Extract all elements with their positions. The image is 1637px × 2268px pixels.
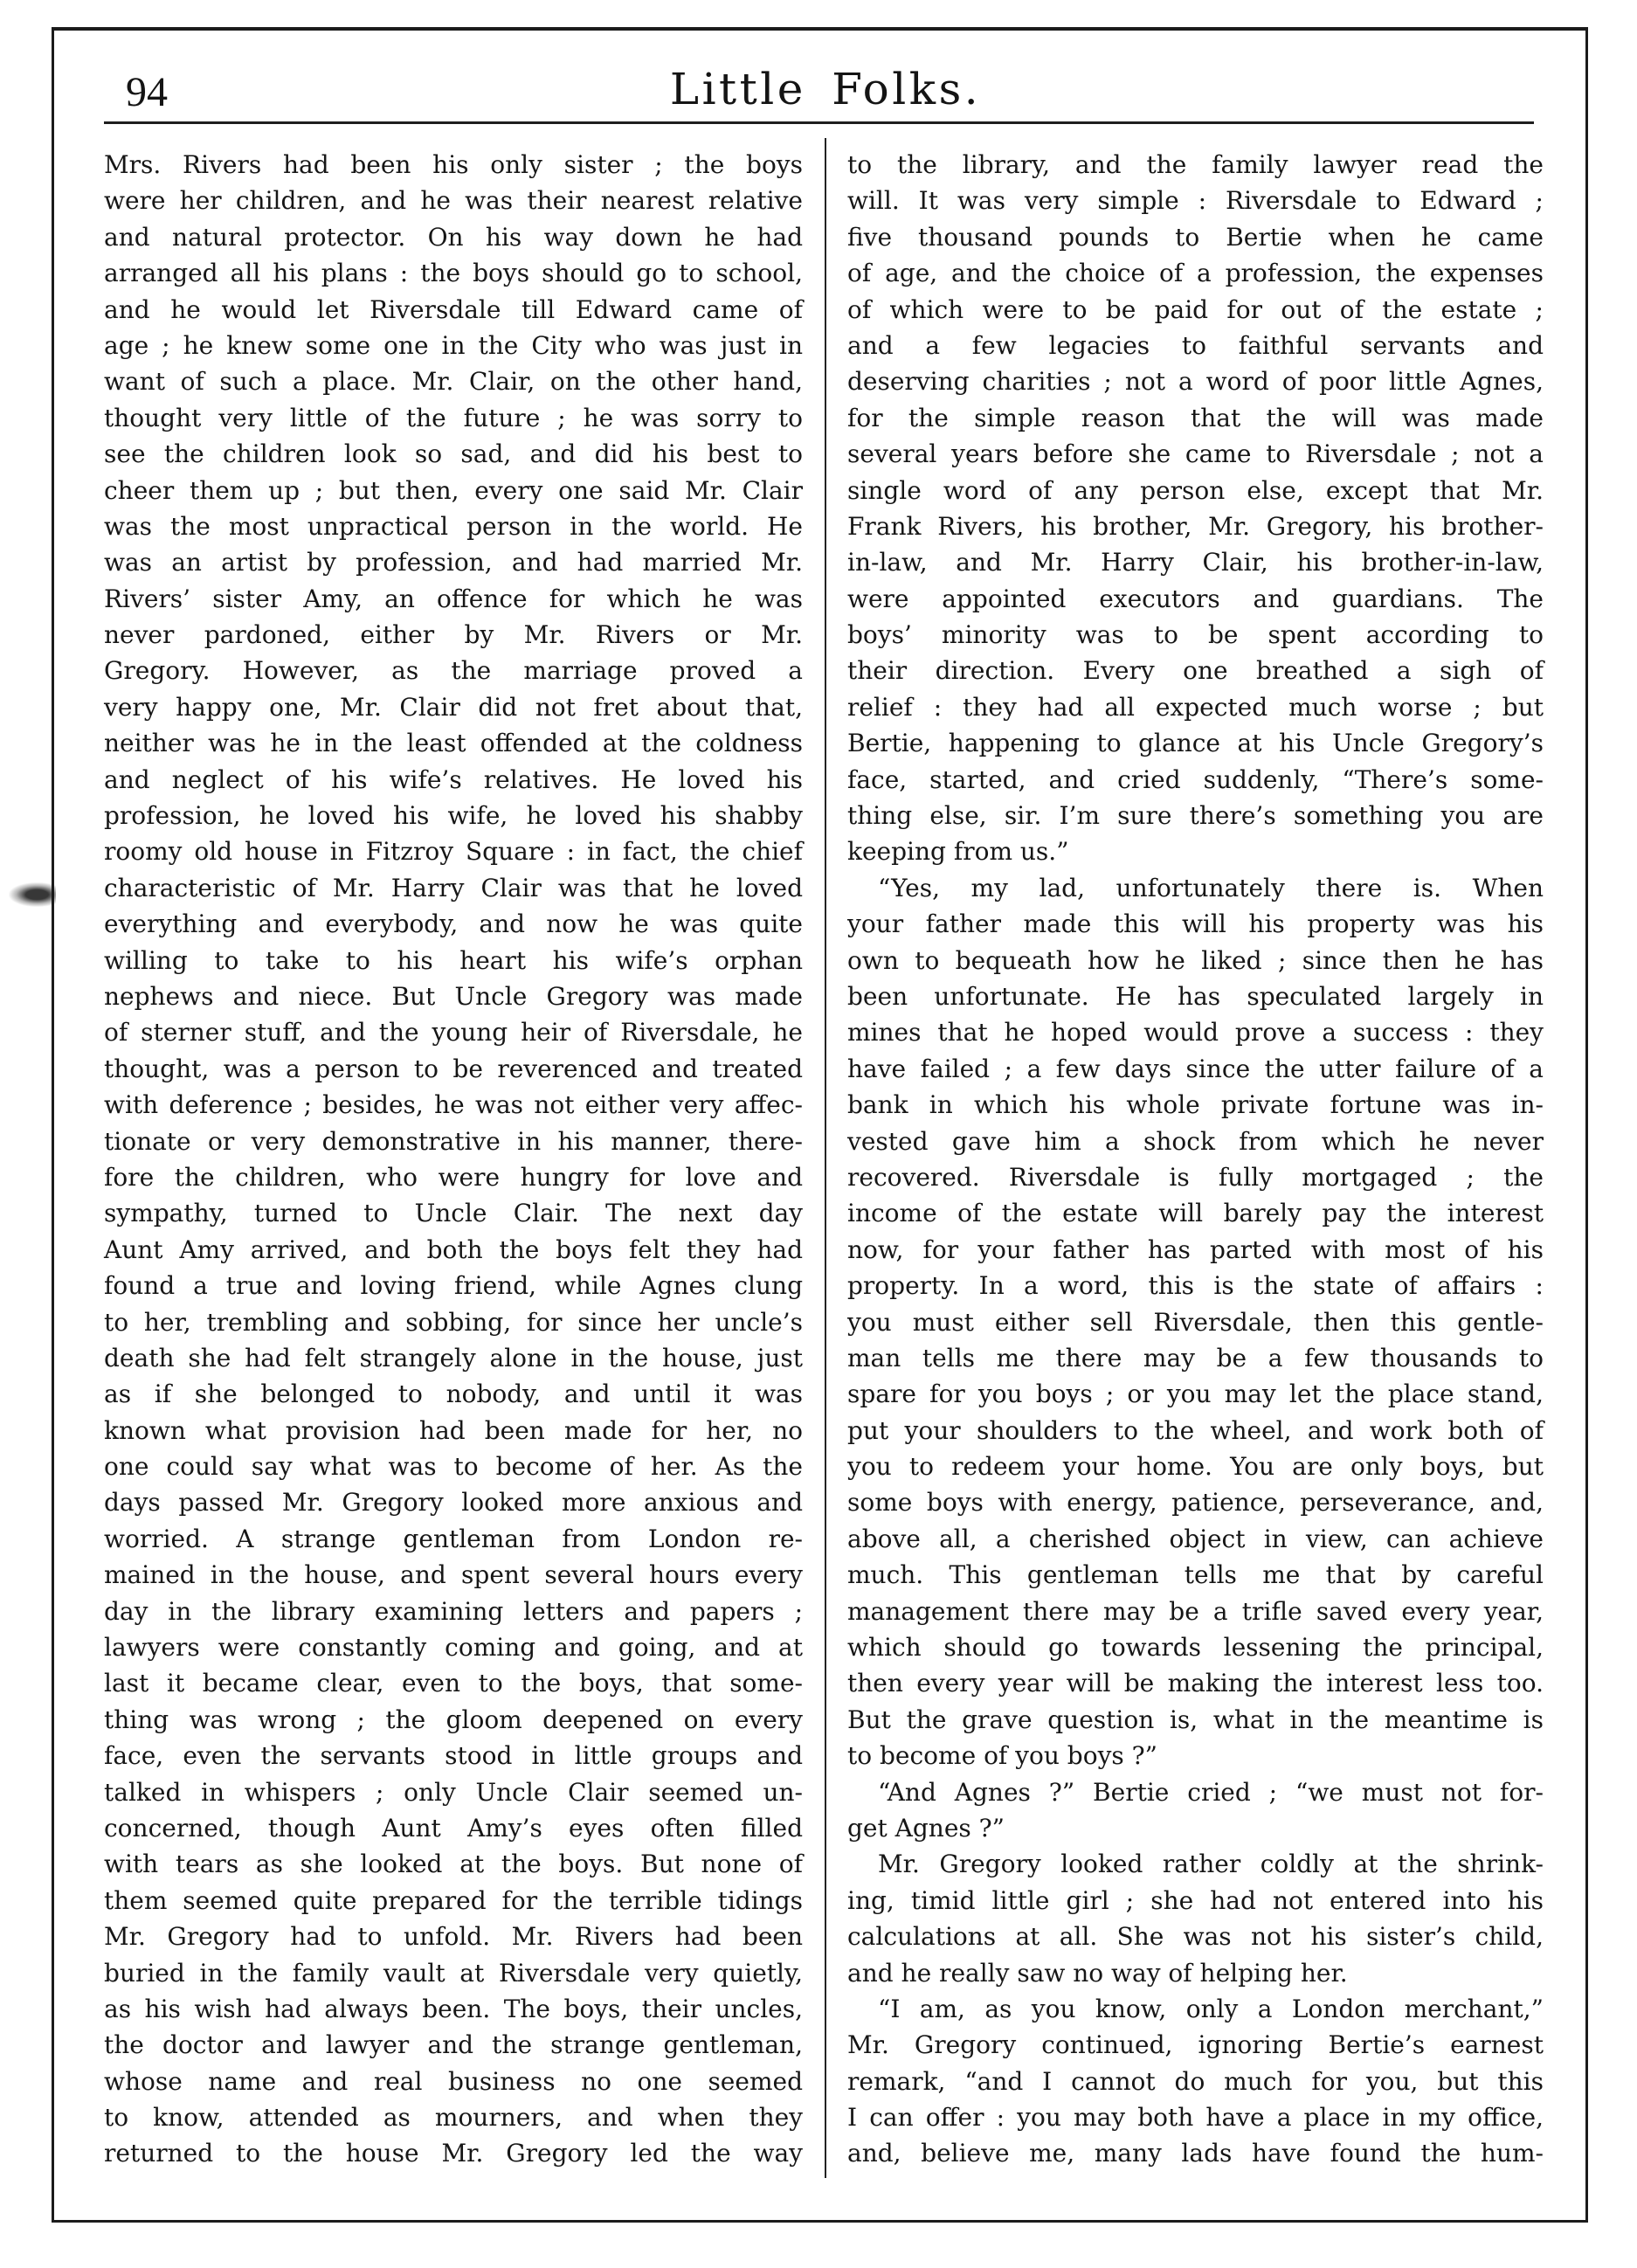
text-line: you to redeem your home. You are only bo… <box>847 1449 1544 1484</box>
text-line: now, for your father has parted with mos… <box>847 1232 1544 1268</box>
text-line: profession, he loved his wife, he loved … <box>104 798 803 833</box>
text-line: day in the library examining letters and… <box>104 1594 803 1629</box>
text-line: Aunt Amy arrived, and both the boys felt… <box>104 1232 803 1268</box>
text-line: want of such a place. Mr. Clair, on the … <box>104 363 803 399</box>
text-line: and neglect of his wife’s relatives. He … <box>104 762 803 798</box>
ink-blot <box>9 882 56 907</box>
text-line: was an artist by profession, and had mar… <box>104 544 803 580</box>
text-line: will. It was very simple : Riversdale to… <box>847 183 1544 218</box>
text-line: see the children look so sad, and did hi… <box>104 436 803 472</box>
text-line: with deference ; besides, he was not eit… <box>104 1087 803 1123</box>
text-line: neither was he in the least offended at … <box>104 725 803 761</box>
text-line: much. This gentleman tells me that by ca… <box>847 1557 1544 1593</box>
text-line: Bertie, happening to glance at his Uncle… <box>847 725 1544 761</box>
text-line: Gregory. However, as the marriage proved… <box>104 653 803 688</box>
text-line: was the most unpractical person in the w… <box>104 508 803 544</box>
page-number: 94 <box>126 72 168 114</box>
text-line: then every year will be making the inter… <box>847 1665 1544 1701</box>
text-line: thing was wrong ; the gloom deepened on … <box>104 1702 803 1738</box>
text-line: known what provision had been made for h… <box>104 1413 803 1449</box>
text-line: last it became clear, even to the boys, … <box>104 1665 803 1701</box>
text-line: Mr. Gregory continued, ignoring Bertie’s… <box>847 2027 1544 2063</box>
text-line: I can offer : you may both have a place … <box>847 2099 1544 2135</box>
paragraph-end-line: and he really saw no way of helping her. <box>847 1955 1544 1991</box>
text-line: remark, “and I cannot do much for you, b… <box>847 2064 1544 2099</box>
text-line: as his wish had always been. The boys, t… <box>104 1991 803 2027</box>
text-line: whose name and real business no one seem… <box>104 2064 803 2099</box>
text-line: mained in the house, and spent several h… <box>104 1557 803 1593</box>
text-line: mines that he hoped would prove a succes… <box>847 1014 1544 1050</box>
text-line: buried in the family vault at Riversdale… <box>104 1955 803 1991</box>
paragraph-start-line: Mr. Gregory looked rather coldly at the … <box>847 1846 1544 1882</box>
paragraph-start-line: “I am, as you know, only a London mercha… <box>847 1991 1544 2027</box>
text-line: and natural protector. On his way down h… <box>104 219 803 255</box>
text-line: thought very little of the future ; he w… <box>104 400 803 436</box>
text-line: ing, timid little girl ; she had not ent… <box>847 1883 1544 1919</box>
text-line: own to bequeath how he liked ; since the… <box>847 943 1544 978</box>
text-line: vested gave him a shock from which he ne… <box>847 1124 1544 1159</box>
text-line: income of the estate will barely pay the… <box>847 1195 1544 1231</box>
text-line: above all, a cherished object in view, c… <box>847 1521 1544 1557</box>
paragraph-start-line: “And Agnes ?” Bertie cried ; “we must no… <box>847 1774 1544 1810</box>
text-line: talked in whispers ; only Uncle Clair se… <box>104 1774 803 1810</box>
text-line: thought, was a person to be reverenced a… <box>104 1051 803 1087</box>
text-line: for the simple reason that the will was … <box>847 400 1544 436</box>
text-line: roomy old house in Fitzroy Square : in f… <box>104 833 803 869</box>
text-line: age ; he knew some one in the City who w… <box>104 328 803 363</box>
left-column: Mrs. Rivers had been his only sister ; t… <box>104 147 803 2172</box>
text-line: days passed Mr. Gregory looked more anxi… <box>104 1484 803 1520</box>
text-line: been unfortunate. He has speculated larg… <box>847 978 1544 1014</box>
text-line: of age, and the choice of a profession, … <box>847 255 1544 291</box>
text-line: and he would let Riversdale till Edward … <box>104 292 803 328</box>
text-line: one could say what was to become of her.… <box>104 1449 803 1484</box>
text-line: Rivers’ sister Amy, an offence for which… <box>104 581 803 617</box>
text-line: man tells me there may be a few thousand… <box>847 1340 1544 1376</box>
running-title: Little Folks. <box>563 67 1088 111</box>
text-line: were appointed executors and guardians. … <box>847 581 1544 617</box>
text-line: boys’ minority was to be spent according… <box>847 617 1544 653</box>
text-line: everything and everybody, and now he was… <box>104 906 803 942</box>
paragraph-end-line: get Agnes ?” <box>847 1810 1544 1846</box>
text-line: calculations at all. She was not his sis… <box>847 1919 1544 1954</box>
text-line: bank in which his whole private fortune … <box>847 1087 1544 1123</box>
text-line: characteristic of Mr. Harry Clair was th… <box>104 870 803 906</box>
text-line: property. In a word, this is the state o… <box>847 1268 1544 1303</box>
text-line: and a few legacies to faithful servants … <box>847 328 1544 363</box>
text-line: death she had felt strangely alone in th… <box>104 1340 803 1376</box>
text-line: put your shoulders to the wheel, and wor… <box>847 1413 1544 1449</box>
text-line: in-law, and Mr. Harry Clair, his brother… <box>847 544 1544 580</box>
text-line: Frank Rivers, his brother, Mr. Gregory, … <box>847 508 1544 544</box>
text-line: face, started, and cried suddenly, “Ther… <box>847 762 1544 798</box>
text-line: which should go towards lessening the pr… <box>847 1629 1544 1665</box>
paragraph-start-line: “Yes, my lad, unfortunately there is. Wh… <box>847 870 1544 906</box>
text-line: Mrs. Rivers had been his only sister ; t… <box>104 147 803 183</box>
text-line: fore the children, who were hungry for l… <box>104 1159 803 1195</box>
text-line: of which were to be paid for out of the … <box>847 292 1544 328</box>
text-line: as if she belonged to nobody, and until … <box>104 1376 803 1412</box>
text-line: returned to the house Mr. Gregory led th… <box>104 2135 803 2171</box>
text-line: willing to take to his heart his wife’s … <box>104 943 803 978</box>
text-line: relief : they had all expected much wors… <box>847 689 1544 725</box>
text-line: to the library, and the family lawyer re… <box>847 147 1544 183</box>
text-line: management there may be a trifle saved e… <box>847 1594 1544 1629</box>
text-line: thing else, sir. I’m sure there’s someth… <box>847 798 1544 833</box>
text-line: cheer them up ; but then, every one said… <box>104 473 803 508</box>
text-line: worried. A strange gentleman from London… <box>104 1521 803 1557</box>
text-line: found a true and loving friend, while Ag… <box>104 1268 803 1303</box>
text-line: five thousand pounds to Bertie when he c… <box>847 219 1544 255</box>
text-line: were her children, and he was their near… <box>104 183 803 218</box>
text-line: of sterner stuff, and the young heir of … <box>104 1014 803 1050</box>
text-line: tionate or very demonstrative in his man… <box>104 1124 803 1159</box>
text-line: with tears as she looked at the boys. Bu… <box>104 1846 803 1882</box>
text-line: deserving charities ; not a word of poor… <box>847 363 1544 399</box>
text-line: their direction. Every one breathed a si… <box>847 653 1544 688</box>
right-column: to the library, and the family lawyer re… <box>847 147 1544 2172</box>
text-line: to her, trembling and sobbing, for since… <box>104 1304 803 1340</box>
text-line: have failed ; a few days since the utter… <box>847 1051 1544 1087</box>
text-line: very happy one, Mr. Clair did not fret a… <box>104 689 803 725</box>
text-line: single word of any person else, except t… <box>847 473 1544 508</box>
text-line: sympathy, turned to Uncle Clair. The nex… <box>104 1195 803 1231</box>
paragraph-end-line: to become of you boys ?” <box>847 1738 1544 1774</box>
text-line: arranged all his plans : the boys should… <box>104 255 803 291</box>
column-divider <box>825 138 826 2178</box>
text-line: lawyers were constantly coming and going… <box>104 1629 803 1665</box>
text-line: recovered. Riversdale is fully mortgaged… <box>847 1159 1544 1195</box>
text-line: them seemed quite prepared for the terri… <box>104 1883 803 1919</box>
text-line: your father made this will his property … <box>847 906 1544 942</box>
header-rule <box>104 121 1534 124</box>
text-line: nephews and niece. But Uncle Gregory was… <box>104 978 803 1014</box>
text-line: concerned, though Aunt Amy’s eyes often … <box>104 1810 803 1846</box>
text-line: Mr. Gregory had to unfold. Mr. Rivers ha… <box>104 1919 803 1954</box>
text-line: the doctor and lawyer and the strange ge… <box>104 2027 803 2063</box>
text-line: some boys with energy, patience, perseve… <box>847 1484 1544 1520</box>
text-line: and, believe me, many lads have found th… <box>847 2135 1544 2171</box>
text-line: never pardoned, either by Mr. Rivers or … <box>104 617 803 653</box>
text-line: But the grave question is, what in the m… <box>847 1702 1544 1738</box>
text-line: you must either sell Riversdale, then th… <box>847 1304 1544 1340</box>
text-line: to know, attended as mourners, and when … <box>104 2099 803 2135</box>
text-line: spare for you boys ; or you may let the … <box>847 1376 1544 1412</box>
text-line: several years before she came to Riversd… <box>847 436 1544 472</box>
paragraph-end-line: keeping from us.” <box>847 833 1544 869</box>
text-line: face, even the servants stood in little … <box>104 1738 803 1774</box>
